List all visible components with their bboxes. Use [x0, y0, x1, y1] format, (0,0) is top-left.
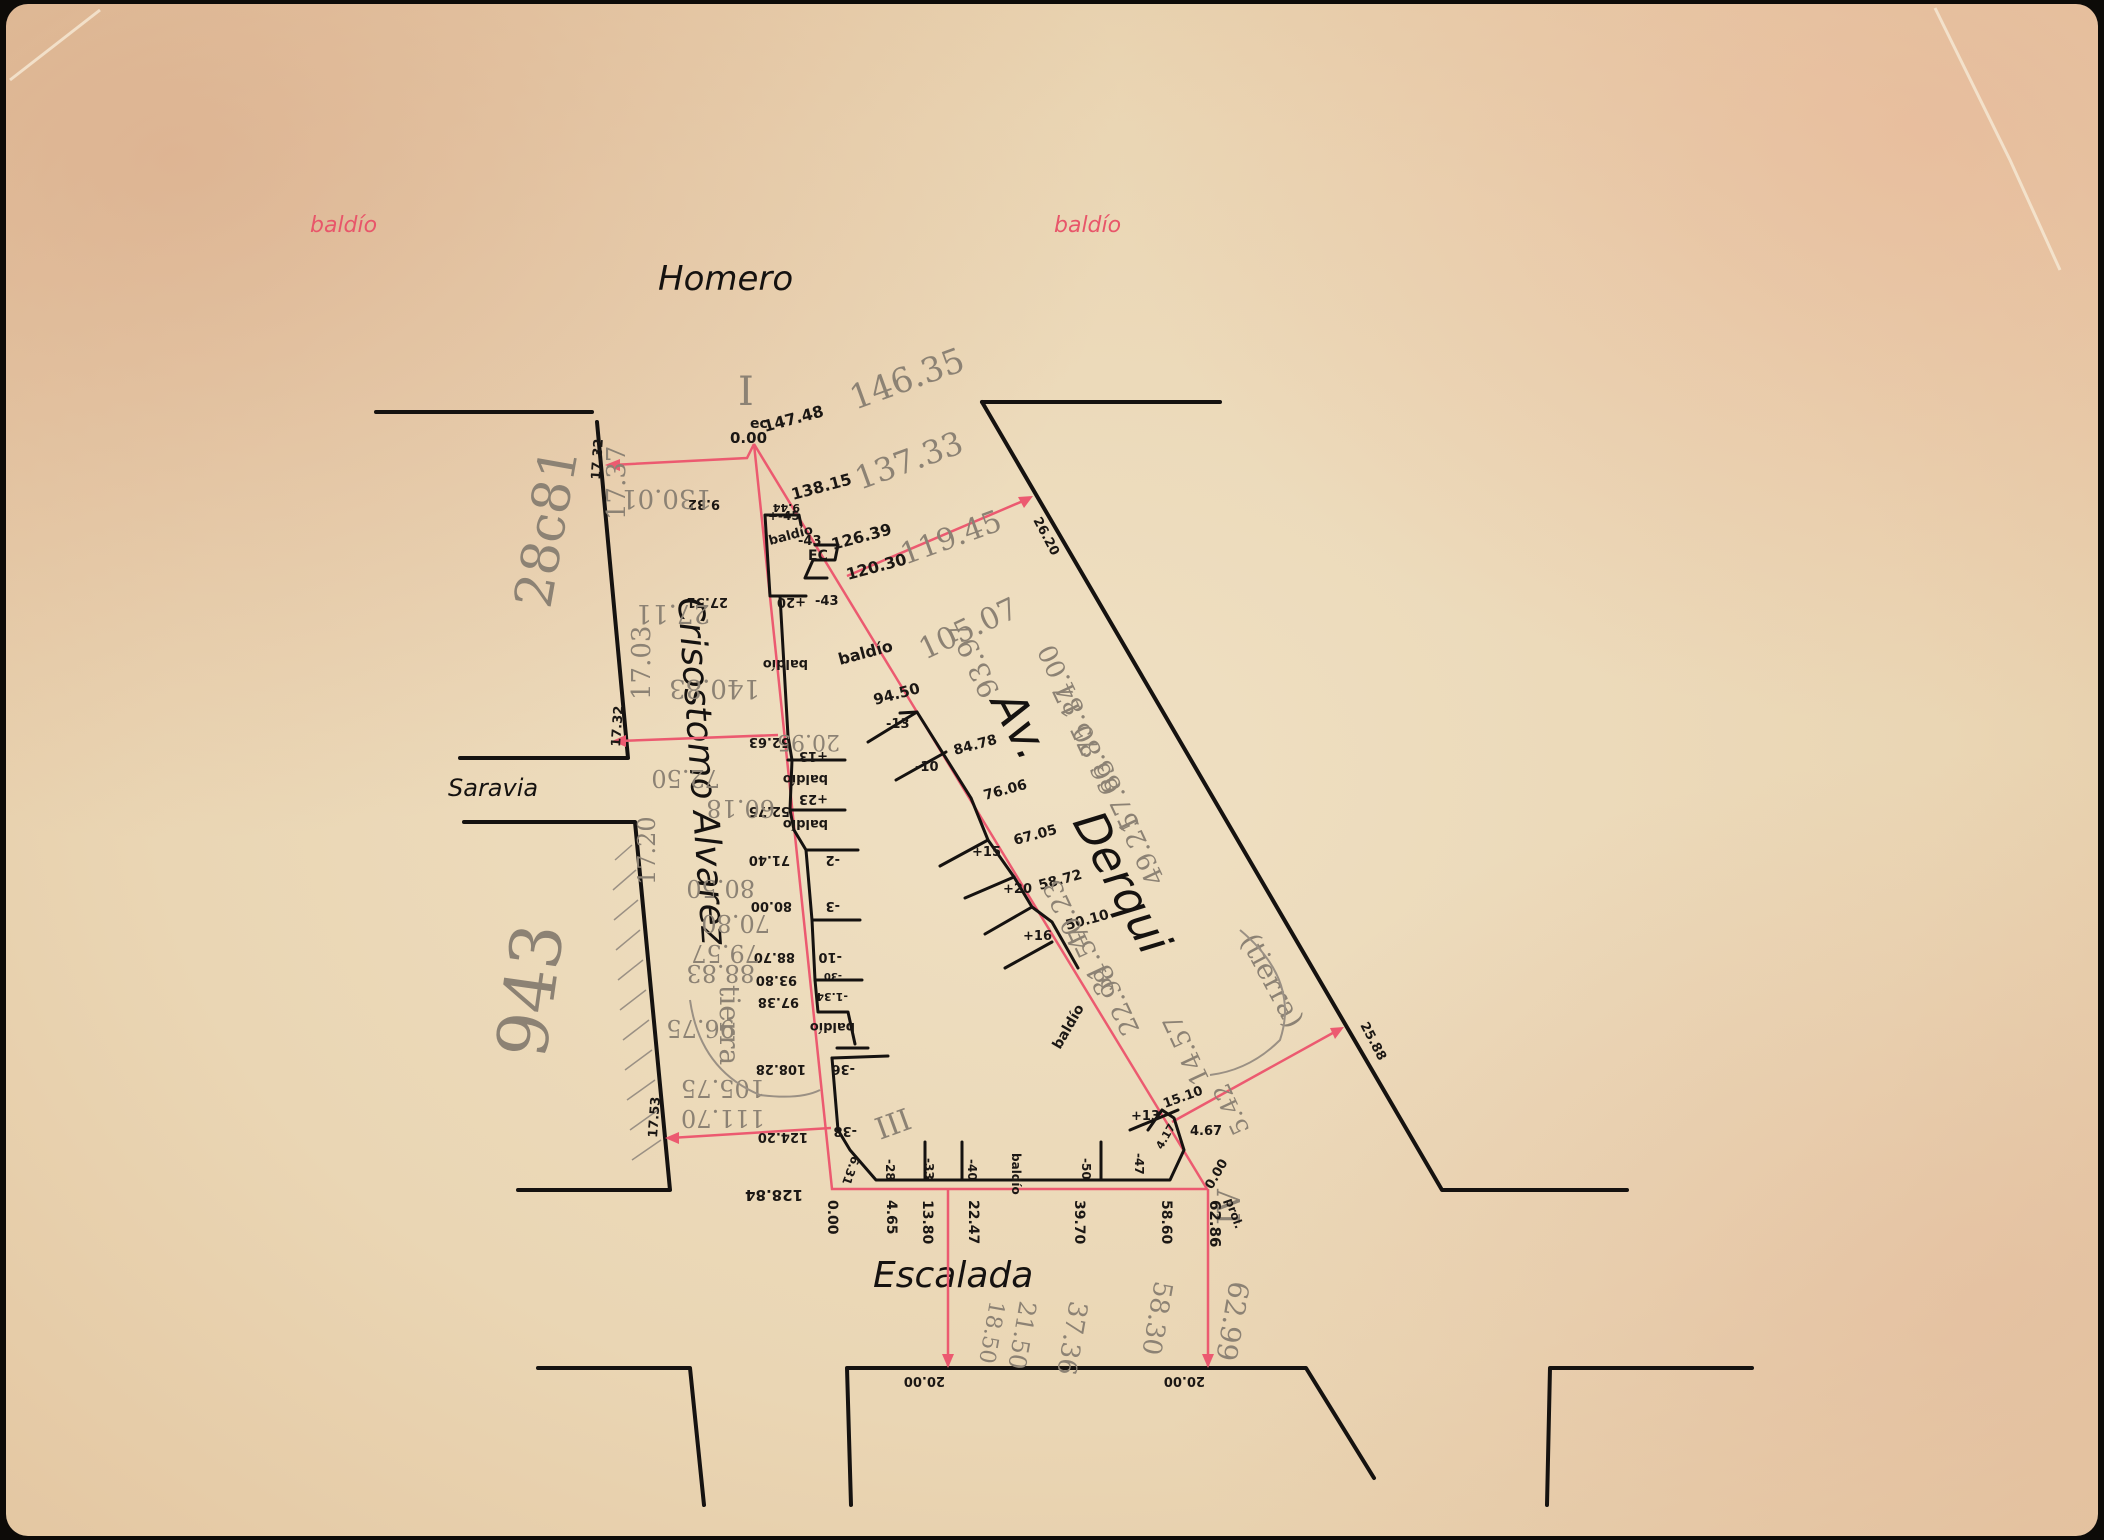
meas-120: 120.30 [844, 550, 909, 584]
pencil-11170: 111.70 [681, 1104, 765, 1132]
meas-m36: -36 [832, 1061, 856, 1076]
pencil-10575: 105.75 [681, 1074, 765, 1102]
pencil-8050: 80.50 [686, 874, 755, 902]
meas-138: 138.15 [789, 470, 854, 504]
meas-m43b: -43 [815, 594, 839, 609]
pencil-7080: 70.80 [701, 909, 770, 937]
meas-b5860: 58.60 [1158, 1200, 1174, 1245]
pencil-943: 943 [481, 919, 581, 1063]
meas-ec-mid: EC [808, 548, 828, 564]
pencil-1720: 17.20 [633, 816, 661, 885]
pencil-13001: 130.01 [621, 483, 712, 513]
meas-9738: 97.38 [758, 994, 799, 1009]
meas-631: 6.31 [839, 1154, 862, 1187]
meas-p20b: +20 [1003, 882, 1032, 897]
width-s-b: 20.00 [1164, 1373, 1205, 1388]
meas-baldio-e: baldío [783, 771, 828, 786]
width-ne-upper: 26.20 [1029, 515, 1062, 558]
meas-m40: -40 [965, 1159, 979, 1181]
meas-10828: 108.28 [756, 1061, 806, 1076]
meas-m38: -38 [834, 1123, 858, 1138]
survey-sheet: baldío baldío Homero Saravia Escalada Cr… [6, 4, 2098, 1536]
meas-m13: -13 [886, 717, 910, 732]
block-ne-side [982, 402, 1627, 1190]
survey-plan-drawing: baldío baldío Homero Saravia Escalada Cr… [0, 0, 2104, 1540]
meas-m134: -1.34 [816, 990, 848, 1003]
meas-6705: 67.05 [1012, 822, 1059, 849]
pencil-8883: 88.83 [686, 959, 755, 987]
meas-m10b: -10 [819, 949, 843, 964]
pencil-5830: 58.30 [1135, 1279, 1177, 1358]
meas-m28: -28 [883, 1159, 897, 1181]
meas-m47: -47 [1132, 1153, 1146, 1175]
street-homero: Homero [658, 259, 793, 299]
meas-baldio-c: baldío [763, 656, 808, 671]
meas-p15: +15 [972, 845, 1001, 860]
pencil-7250: 72.50 [651, 764, 720, 792]
block-s3 [1547, 1368, 1752, 1505]
meas-m10a: -10 [915, 760, 939, 775]
street-escalada: Escalada [873, 1255, 1033, 1296]
meas-12884: 128.84 [745, 1186, 803, 1204]
meas-b2147: 22.47 [965, 1200, 981, 1244]
meas-m33: -33 [922, 1158, 936, 1180]
pencil-2095: 20.95 [777, 729, 840, 754]
meas-m3: -3 [826, 898, 840, 913]
width-nw-lower: 17.32 [609, 705, 627, 747]
pencil-3736: 37.36 [1050, 1299, 1092, 1378]
pencil-1850: 18.50 [973, 1299, 1009, 1365]
meas-9380: 93.80 [756, 972, 797, 987]
meas-147: 147.48 [761, 402, 826, 436]
meas-126: 126.39 [829, 520, 894, 554]
meas-p16: +16 [1023, 929, 1052, 944]
pencil-28c81: 28c81 [504, 443, 591, 612]
pencil-14635: 146.35 [844, 340, 969, 418]
pencil-6018: 60.18 [706, 794, 775, 822]
meas-944: 9.44 [773, 501, 800, 514]
pencil-11945: 119.45 [896, 504, 1007, 573]
pencil-1703: 17.03 [627, 626, 657, 700]
block-s1 [538, 1368, 704, 1505]
meas-b465: 4.65 [883, 1200, 899, 1235]
pencil-13733: 137.33 [850, 424, 968, 498]
meas-7140: 71.40 [749, 852, 790, 867]
meas-b6286: 62.86 [1206, 1200, 1224, 1247]
marker-III: III [871, 1102, 916, 1147]
meas-p13a: +13 [1131, 1109, 1160, 1124]
meas-467: 4.67 [1190, 1124, 1222, 1139]
width-sw: 17.53 [646, 1096, 664, 1138]
pencil-1457: 14.57 [1158, 1010, 1217, 1090]
width-s-a: 20.00 [904, 1373, 945, 1388]
meas-b000: 0.00 [824, 1200, 840, 1235]
meas-baldio-h: baldío [1009, 1153, 1023, 1195]
pencil-6299: 62.99 [1209, 1279, 1255, 1364]
meas-7606: 76.06 [982, 777, 1029, 804]
meas-p20: +20 [777, 594, 806, 609]
baldio-note-left: baldío [310, 213, 377, 238]
meas-baldio-f: baldío [783, 816, 828, 831]
meas-m50: -50 [1079, 1158, 1093, 1180]
meas-m2: -2 [826, 852, 840, 867]
meas-8478: 84.78 [952, 732, 999, 759]
meas-baldio-d: baldío [1050, 1001, 1088, 1052]
meas-m30: -30 [824, 970, 842, 981]
meas-b3970: 39.70 [1071, 1200, 1087, 1245]
marker-I: I [738, 369, 754, 415]
meas-9450: 94.50 [871, 679, 921, 709]
baldio-note-right: baldío [1054, 213, 1121, 238]
pencil-14083: 140.83 [669, 673, 760, 703]
pencil-tierra-left: tierra [713, 985, 746, 1065]
width-ne-lower: 25.88 [1356, 1020, 1389, 1063]
meas-baldio-b: baldío [836, 636, 895, 669]
meas-p23: +23 [799, 791, 828, 806]
street-saravia: Saravia [448, 774, 538, 802]
pencil-2711: 27.11 [636, 598, 710, 628]
meas-b000r: 0.00 [1202, 1157, 1231, 1192]
meas-b1380: 13.80 [919, 1200, 935, 1245]
meas-baldio-g: baldío [810, 1019, 855, 1034]
